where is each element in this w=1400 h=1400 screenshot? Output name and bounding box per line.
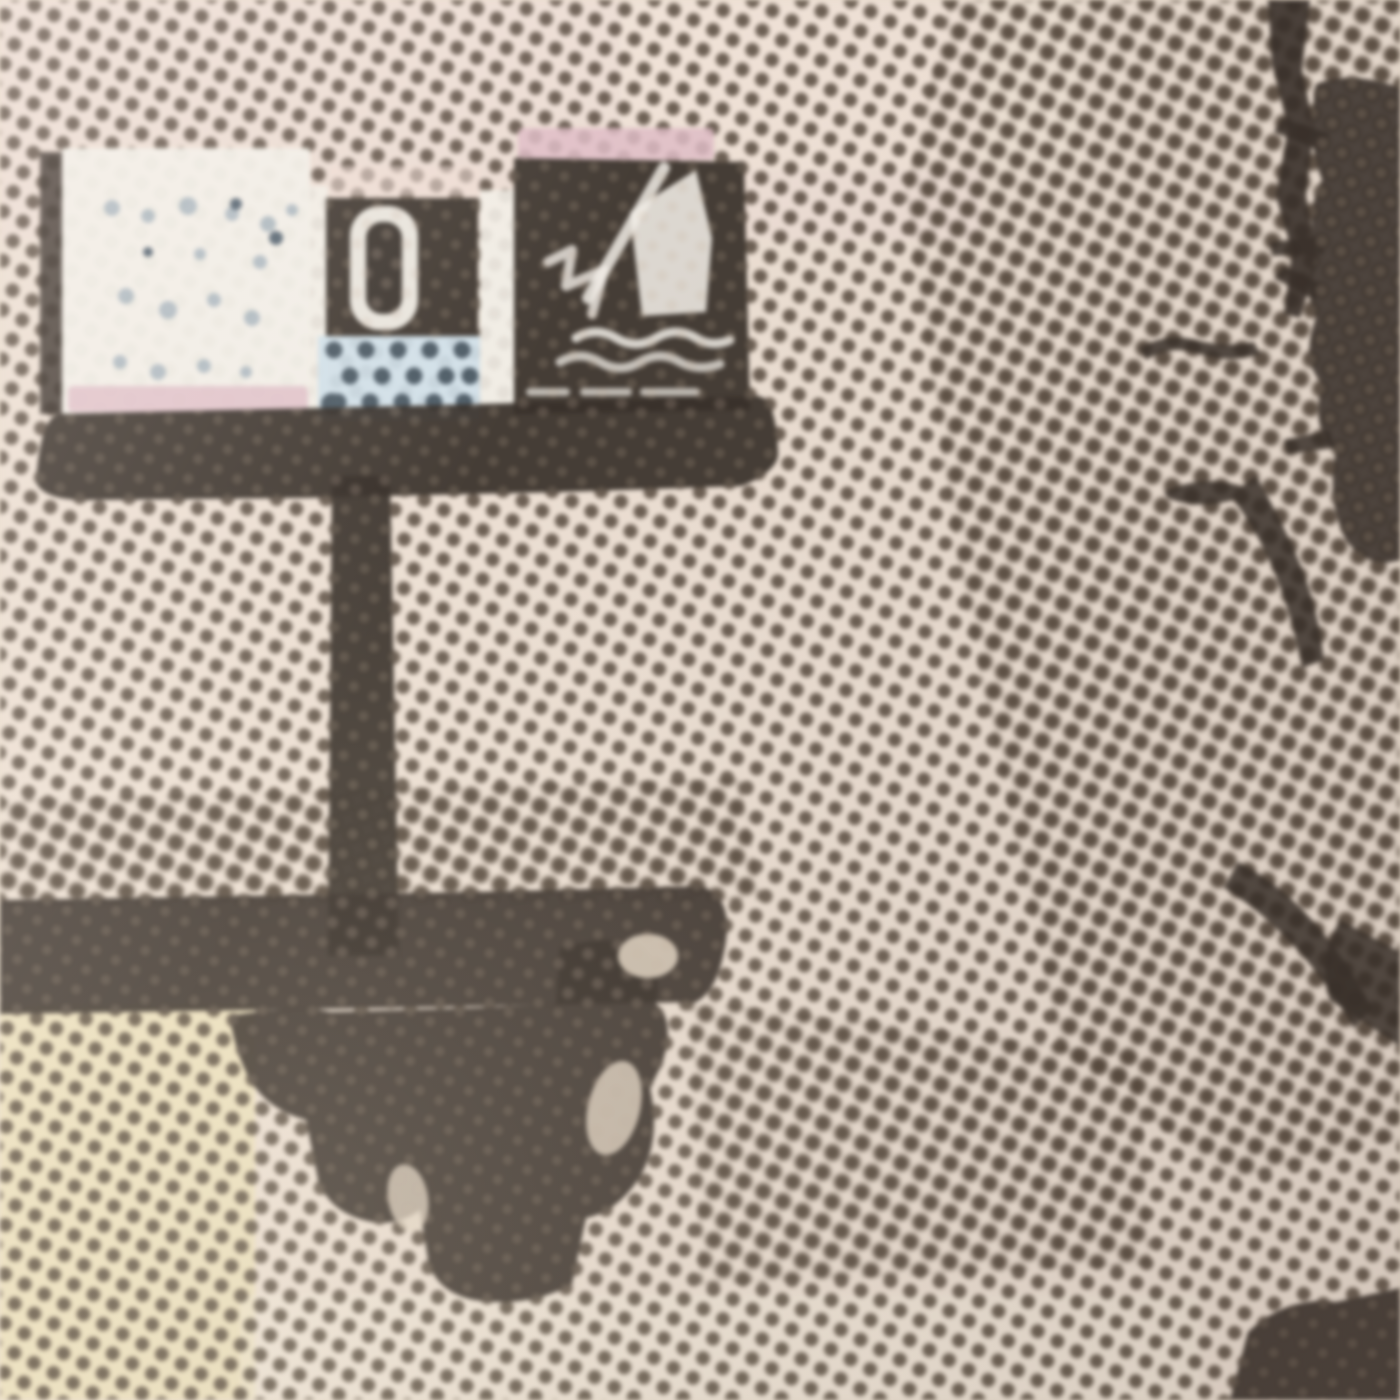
sign-left-edge xyxy=(40,152,62,414)
sign-white-panel xyxy=(62,148,310,414)
halftone-scene xyxy=(0,0,1400,1400)
pink-strip-right-panel xyxy=(518,128,714,160)
pink-strip-left-panel xyxy=(68,386,308,412)
halftone-photo xyxy=(0,0,1400,1400)
pale-strip-middle-panel xyxy=(330,166,480,196)
sign-panel-gap-right xyxy=(480,190,514,408)
